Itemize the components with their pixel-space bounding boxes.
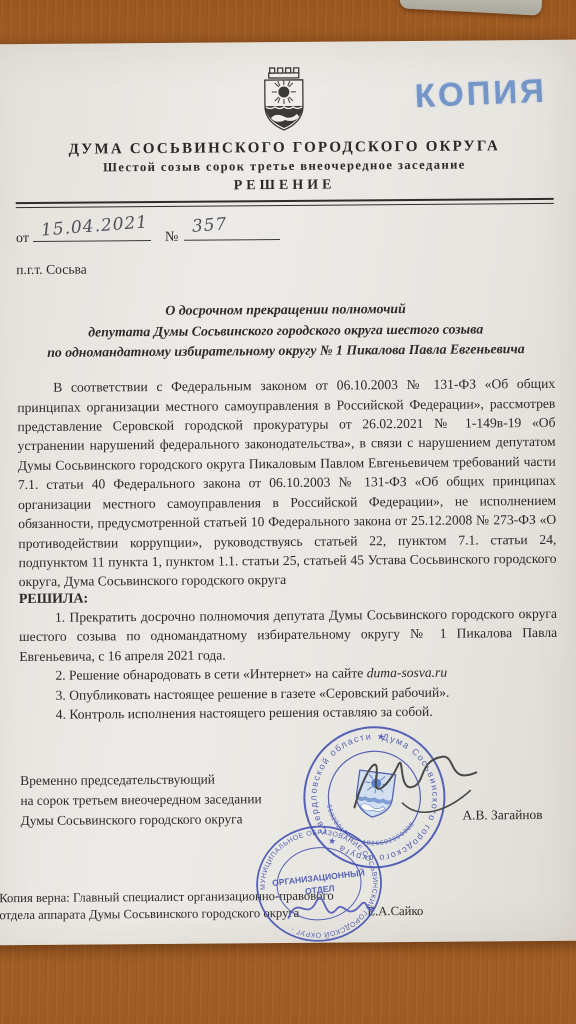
document-title: О досрочном прекращении полномочий депут… (16, 298, 554, 364)
number-field: 357 (184, 224, 280, 241)
date-number-line: от15.04.2021№357 (16, 222, 554, 247)
handwritten-number: 357 (191, 214, 228, 237)
document-content: КОПИЯ (0, 40, 576, 962)
organization-name: ДУМА СОСЬВИНСКОГО ГОРОДСКОГО ОКРУГА (15, 138, 553, 159)
document-paper: КОПИЯ (0, 40, 576, 946)
resolution-item-1: 1. Прекратить досрочно полномочия депута… (19, 604, 557, 667)
website-text: duma-sosva.ru (367, 665, 448, 681)
signer-position: Временно председательствующий на сорок т… (20, 768, 325, 831)
specialist-signature (283, 885, 378, 936)
number-label: № (165, 230, 178, 245)
header-divider (16, 198, 554, 208)
session-line: Шестой созыв сорок третье внеочередное з… (15, 157, 553, 176)
coat-of-arms-icon (254, 66, 315, 134)
chairman-signature (344, 740, 485, 836)
handwritten-date: 15.04.2021 (40, 212, 149, 240)
desk-object (399, 0, 542, 16)
from-label: от (16, 231, 29, 246)
document-type: РЕШЕНИЕ (16, 176, 554, 196)
photo-of-document: КОПИЯ (0, 0, 576, 1024)
title-line-3: по одномандатному избирательному округу … (17, 339, 555, 364)
place-line: п.г.т. Сосьва (16, 258, 554, 278)
resolution-item-4: 4. Контроль исполнения настоящего решени… (20, 701, 558, 725)
preamble-paragraph: В соответствии с Федеральным законом от … (17, 374, 557, 592)
date-field: 15.04.2021 (33, 225, 151, 242)
copy-stamp: КОПИЯ (414, 72, 547, 116)
